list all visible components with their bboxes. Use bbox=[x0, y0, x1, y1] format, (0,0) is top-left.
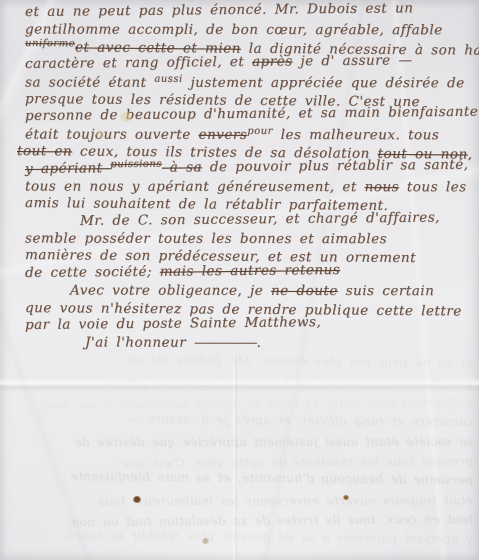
handwritten-words: tous les bbox=[399, 179, 467, 195]
letter-line: semble posséder toutes les bonnes et aim… bbox=[25, 231, 467, 249]
handwritten-words: tous en nous y apériant généreusement, e… bbox=[25, 178, 365, 195]
handwritten-words: Mr. de C. son successeur, et chargé d'af… bbox=[80, 209, 440, 228]
handwritten-words: par la voie du poste Sainte Matthews, bbox=[25, 314, 321, 333]
handwritten-words: semble posséder toutes les bonnes et aim… bbox=[25, 231, 387, 248]
handwritten-words: pour bbox=[247, 125, 273, 136]
handwritten-words: de pouvoir plus rétablir sa santé, bbox=[202, 156, 469, 175]
letter-line: de cette société; mais les autres retenu… bbox=[25, 261, 467, 283]
letter-line: J'ai l'honneur —————. bbox=[85, 335, 467, 353]
handwritten-words: personne de beaucoup d'humanité, et sa m… bbox=[25, 104, 478, 124]
struck-out-words: envers bbox=[199, 127, 248, 143]
letter-body: et au ne peut pas plus énoncé. Mr. Duboi… bbox=[25, 4, 467, 352]
struck-out-words: ne doute bbox=[271, 283, 338, 299]
letter-line: Avec votre obligeance, je ne doute suis … bbox=[70, 283, 467, 301]
struck-out-words: à sa bbox=[162, 159, 202, 175]
handwritten-words: et au ne peut pas plus énoncé. Mr. Duboi… bbox=[25, 0, 414, 20]
foxing-spot bbox=[343, 495, 349, 500]
struck-out-words: mais les autres retenus bbox=[160, 262, 341, 280]
handwritten-words: de cette société; bbox=[25, 264, 160, 281]
struck-out-words: puissions bbox=[110, 158, 162, 169]
handwritten-words: J'ai l'honneur bbox=[85, 335, 194, 351]
handwritten-words: les malheureux. tous bbox=[273, 127, 439, 143]
handwritten-words: caractère et rang officiel, et bbox=[25, 54, 252, 72]
struck-out-words: nous bbox=[365, 179, 399, 195]
letter-line: caractère et rang officiel, et après je … bbox=[25, 52, 467, 74]
foxing-spot bbox=[202, 538, 209, 544]
handwritten-words: je d' assure — bbox=[293, 52, 413, 69]
letter-line: Mr. de C. son successeur, et chargé d'af… bbox=[80, 209, 467, 230]
foxing-spot bbox=[133, 496, 141, 503]
struck-out-words: uniforme bbox=[25, 37, 75, 48]
handwritten-words: suis certain bbox=[338, 283, 434, 299]
handwritten-words: sa société étant bbox=[25, 74, 154, 90]
handwritten-words: était toujours ouverte bbox=[25, 126, 199, 142]
struck-out-words: y apériant bbox=[25, 160, 110, 177]
letter-line: gentilhomme accompli, de bon cœur, agréa… bbox=[25, 22, 467, 40]
letter-line: sa société étant aussi justement appréci… bbox=[25, 74, 467, 92]
letter-line: tous en nous y apériant généreusement, e… bbox=[25, 178, 467, 196]
vertical-crease bbox=[233, 356, 237, 560]
struck-out-words: après bbox=[252, 54, 293, 70]
handwritten-words: gentilhomme accompli, de bon cœur, agréa… bbox=[25, 22, 443, 39]
letter-line: était toujours ouverte enverspour les ma… bbox=[25, 126, 467, 144]
handwritten-words: aussi bbox=[154, 73, 182, 84]
handwritten-words: —————. bbox=[194, 335, 260, 351]
handwritten-words: Avec votre obligeance, je bbox=[70, 283, 271, 299]
handwritten-words: justement appréciée que désirée de bbox=[183, 74, 465, 90]
letter-line: par la voie du poste Sainte Matthews, bbox=[25, 313, 467, 335]
letter-line: y apériant puissions à sa de pouvoir plu… bbox=[25, 156, 467, 178]
struck-out-words: tout en bbox=[17, 143, 72, 159]
yellow-stain bbox=[120, 112, 132, 122]
yellow-stain bbox=[96, 130, 105, 138]
letter-line: personne de beaucoup d'humanité, et sa m… bbox=[25, 104, 467, 126]
letter-line: et au ne peut pas plus énoncé. Mr. Duboi… bbox=[25, 0, 467, 21]
horizontal-fold-crease bbox=[0, 378, 479, 392]
